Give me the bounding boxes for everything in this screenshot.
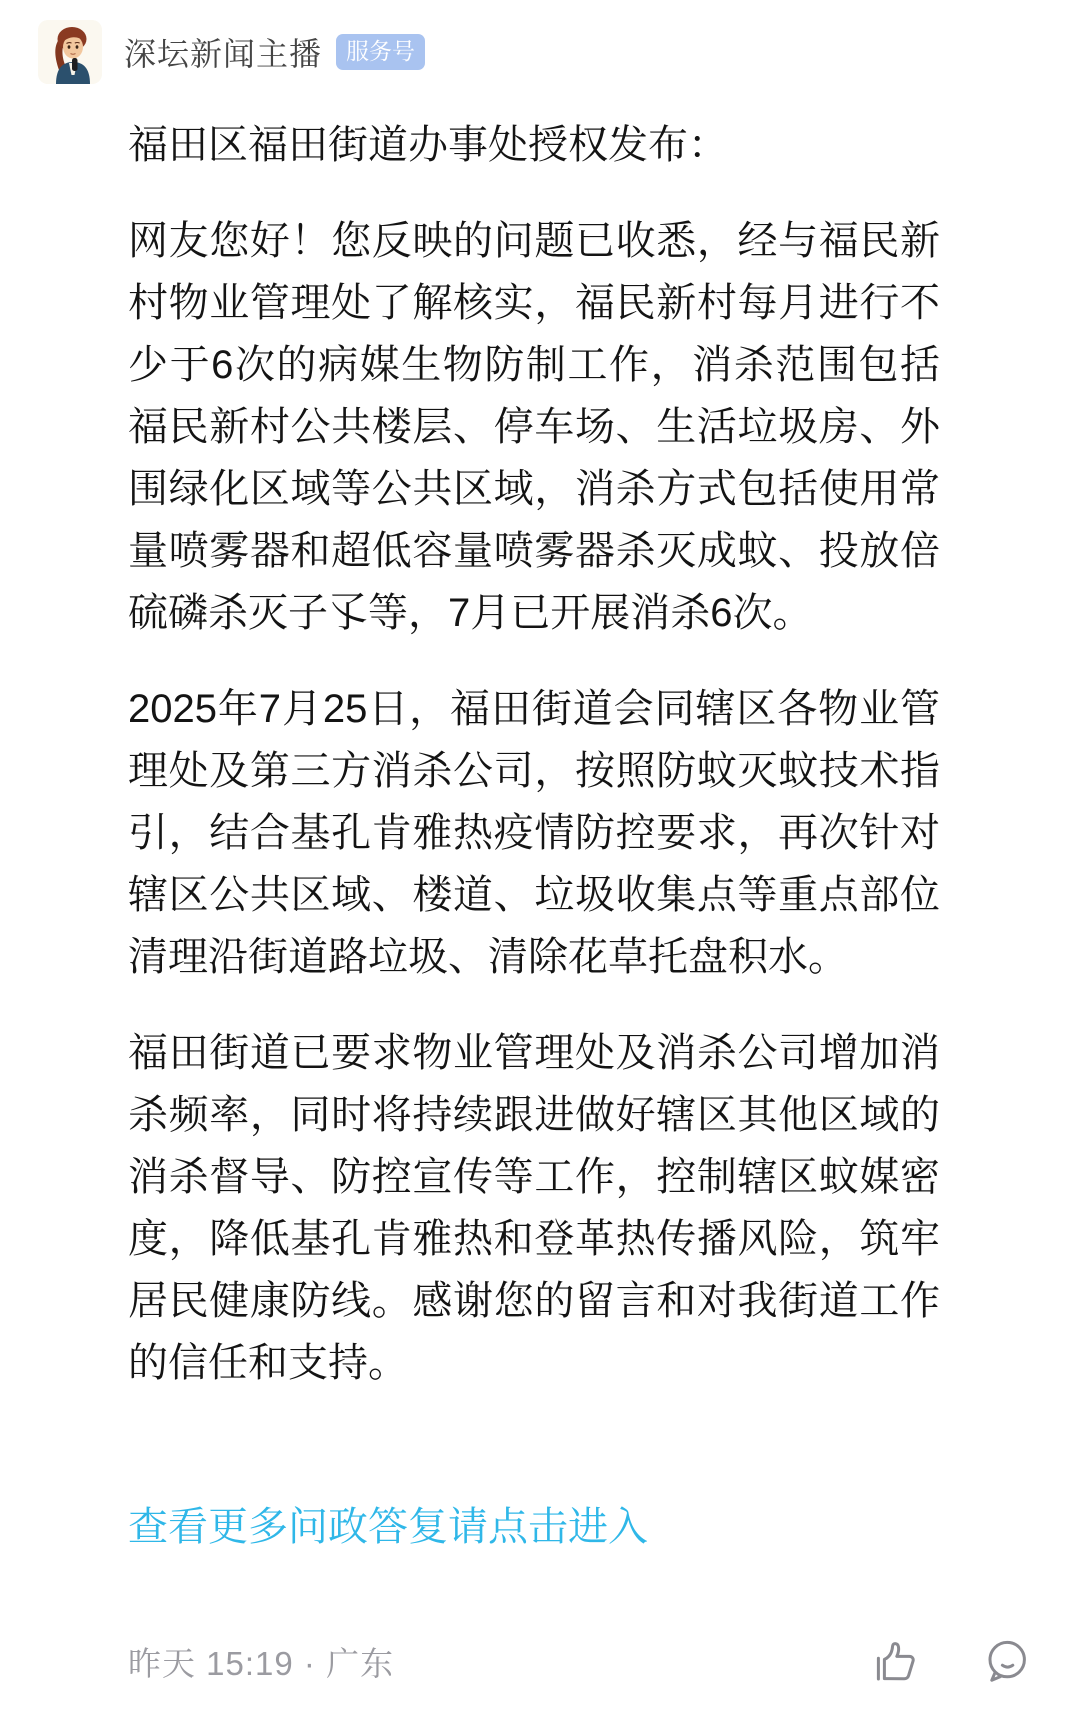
- post-paragraph-authorization: 福田区福田街道办事处授权发布：: [128, 114, 940, 176]
- more-replies-link[interactable]: 查看更多问政答复请点击进入: [128, 1496, 648, 1558]
- timestamp-location: 昨天 15:19 · 广东: [128, 1638, 394, 1685]
- post-paragraph-reply-1: 网友您好！您反映的问题已收悉，经与福民新村物业管理处了解核实，福民新村每月进行不…: [128, 210, 940, 644]
- news-anchor-avatar-image: [38, 20, 102, 84]
- post-footer: 昨天 15:19 · 广东: [0, 1620, 1080, 1716]
- account-header: 深坛新闻主播 服务号: [0, 0, 1080, 84]
- thumbs-up-icon[interactable]: [872, 1637, 920, 1685]
- footer-actions: [872, 1637, 1030, 1685]
- post-paragraph-reply-2: 2025年7月25日，福田街道会同辖区各物业管理处及第三方消杀公司，按照防蚊灭蚊…: [128, 678, 940, 988]
- account-avatar[interactable]: [38, 20, 102, 84]
- comment-icon[interactable]: [982, 1637, 1030, 1685]
- post-paragraph-reply-3: 福田街道已要求物业管理处及消杀公司增加消杀频率，同时将持续跟进做好辖区其他区域的…: [128, 1022, 940, 1394]
- account-name: 深坛新闻主播: [124, 29, 322, 75]
- service-account-badge: 服务号: [336, 34, 425, 70]
- post-page: 深坛新闻主播 服务号 福田区福田街道办事处授权发布： 网友您好！您反映的问题已收…: [0, 0, 1080, 1716]
- post-body: 福田区福田街道办事处授权发布： 网友您好！您反映的问题已收悉，经与福民新村物业管…: [0, 114, 1080, 1558]
